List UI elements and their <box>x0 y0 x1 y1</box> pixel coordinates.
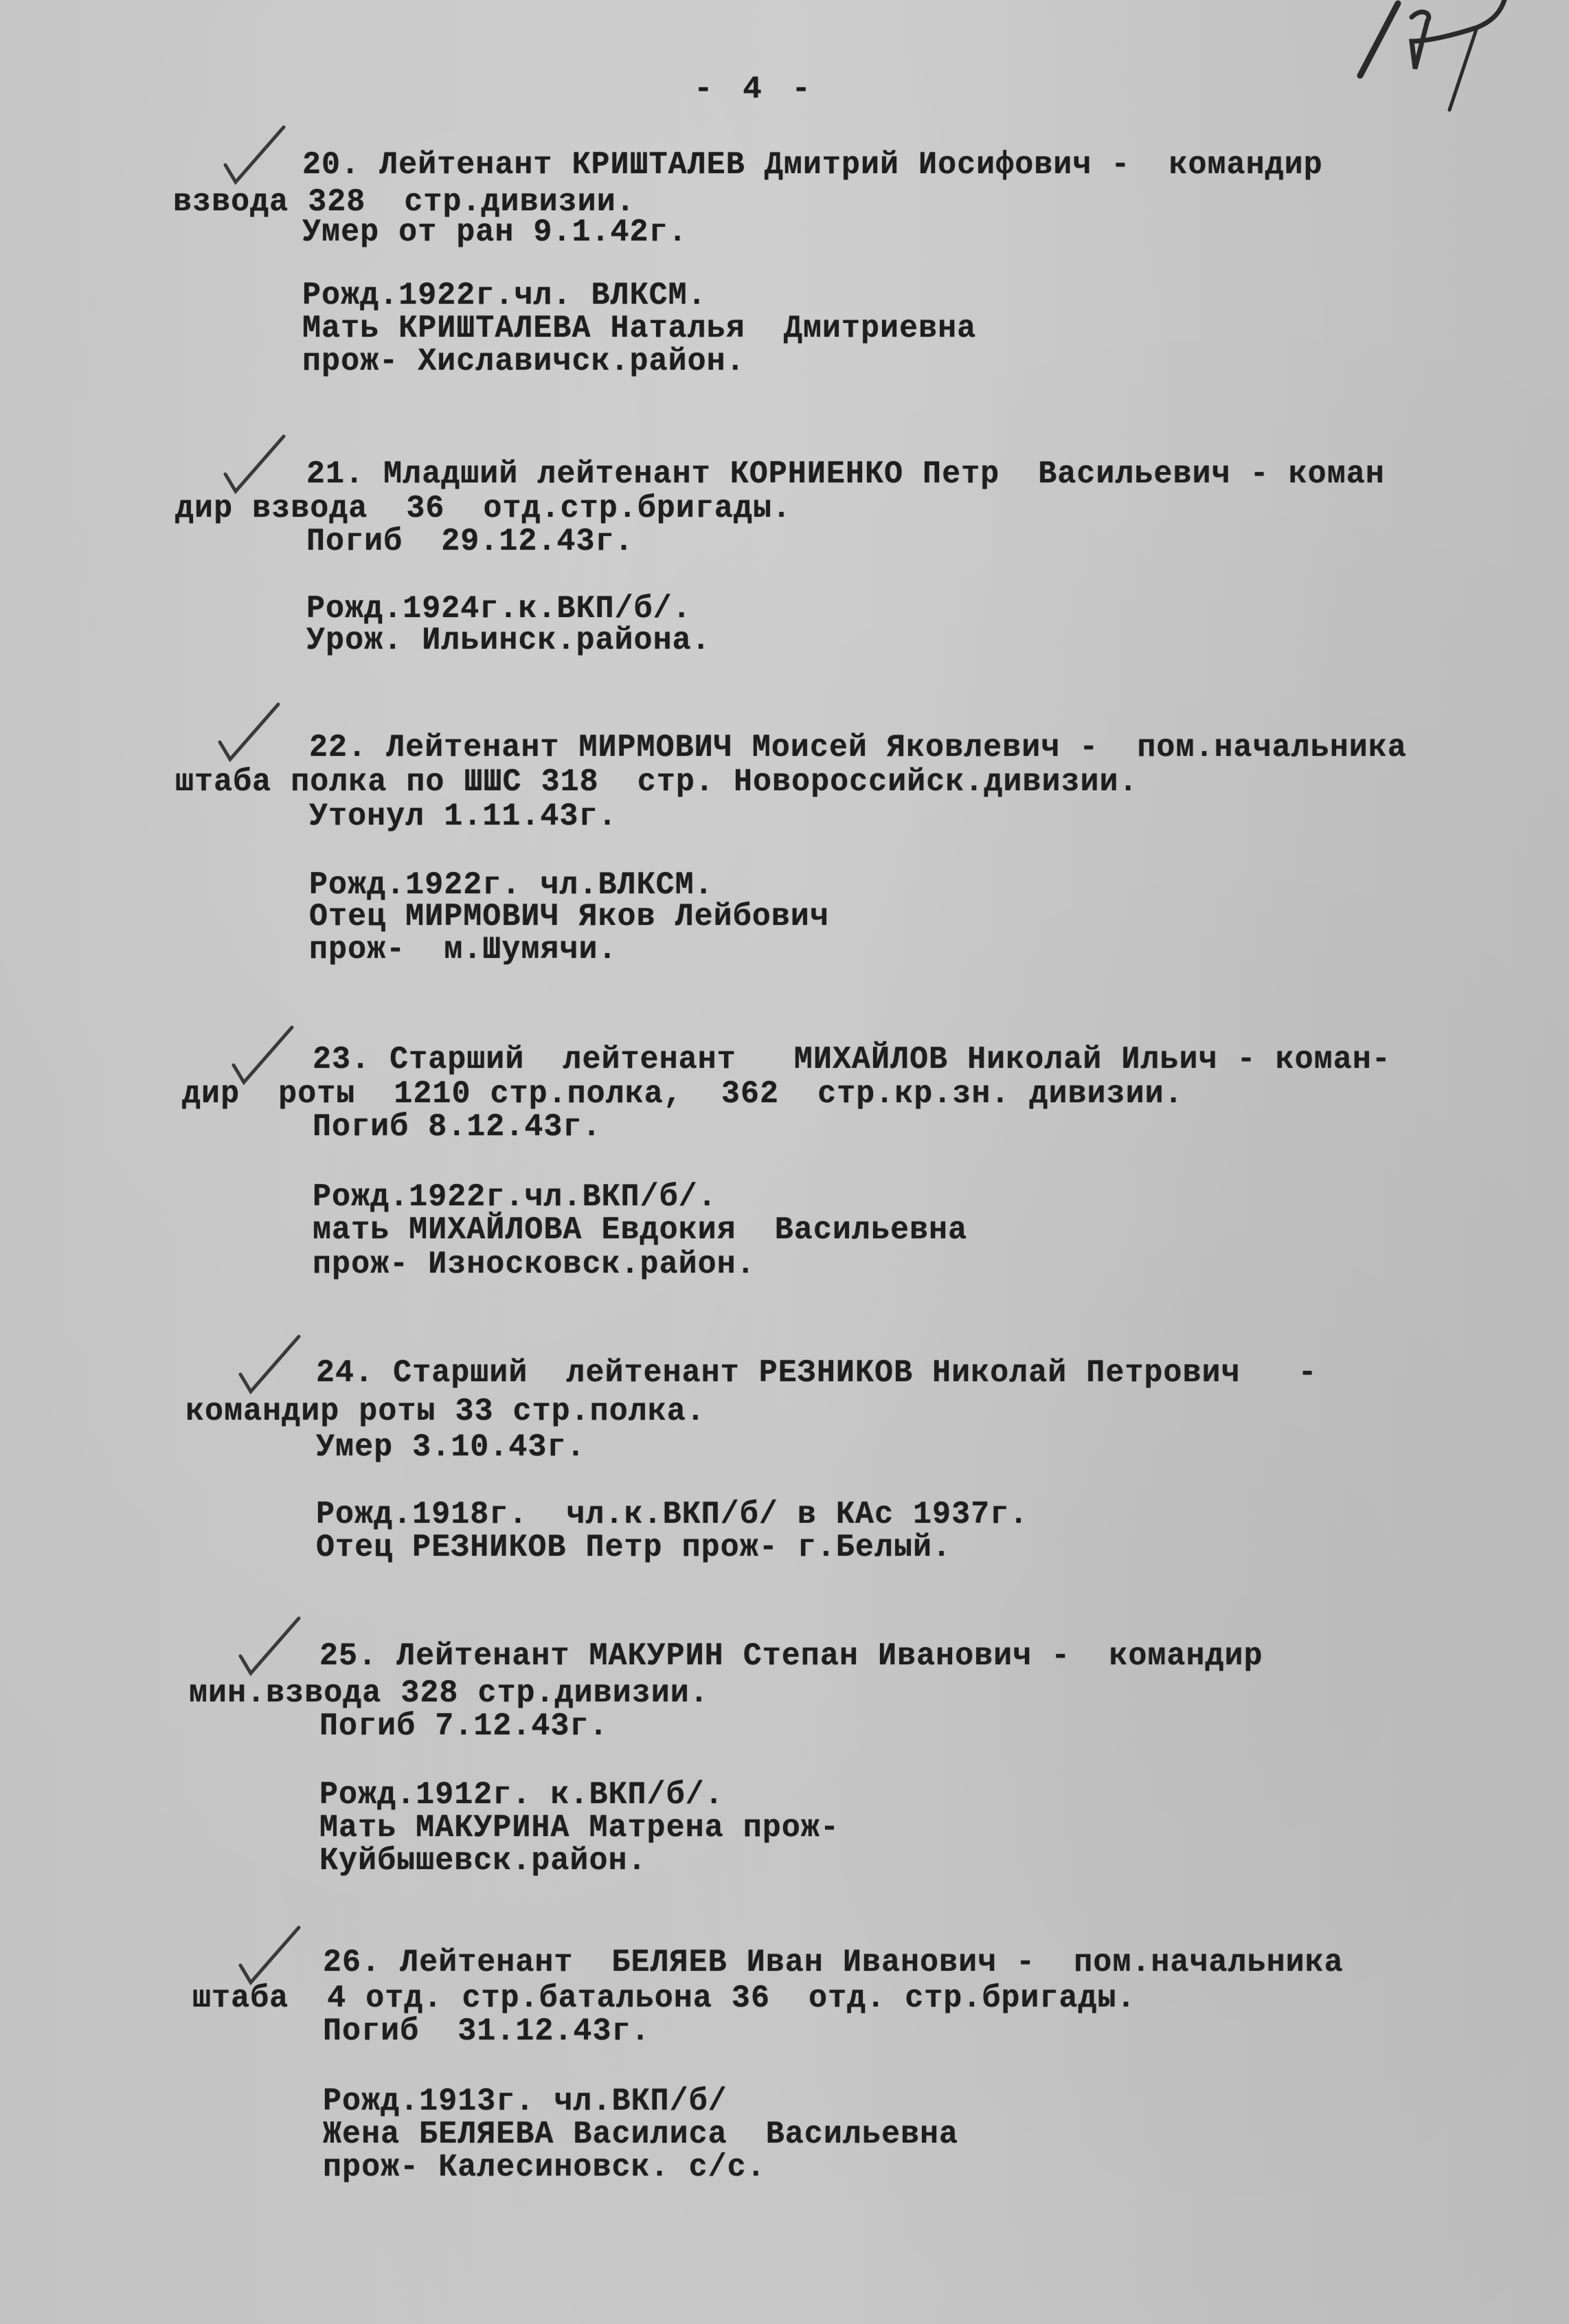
checkmark-icon <box>218 124 294 186</box>
entry-relative: мать МИХАЙЛОВА Евдокия Васильевна <box>313 1211 967 1249</box>
entry-residence: прож- м.Шумячи. <box>309 930 618 969</box>
entry-fate: Погиб 29.12.43г. <box>306 522 634 561</box>
entry-heading: 26. Лейтенант БЕЛЯЕВ Иван Иванович - пом… <box>323 1943 1344 1982</box>
checkmark-icon <box>234 1924 309 1986</box>
entry-fate: Умер от ран 9.1.42г. <box>302 213 688 252</box>
checkmark-icon <box>234 1333 309 1395</box>
handwritten-folio-number <box>1346 0 1525 117</box>
document-page: - 4 - 20. Лейтенант КРИШТАЛЕВ Дмитрий Ио… <box>0 0 1569 2324</box>
entry-heading: 24. Старший лейтенант РЕЗНИКОВ Николай П… <box>316 1354 1318 1392</box>
entry-residence: Урож. Ильинск.района. <box>306 621 711 660</box>
entry-fate: Погиб 7.12.43г. <box>319 1707 608 1745</box>
entry-residence: Куйбышевск.район. <box>319 1842 647 1880</box>
entry-residence: прож- Калесиновск. с/с. <box>323 2148 766 2187</box>
checkmark-icon <box>234 1615 309 1677</box>
entry-heading: 20. Лейтенант КРИШТАЛЕВ Дмитрий Иосифови… <box>302 146 1323 184</box>
entry-residence: прож- Хиславичск.район. <box>302 342 745 381</box>
entry-heading: 22. Лейтенант МИРМОВИЧ Моисей Яковлевич … <box>309 728 1407 767</box>
checkmark-icon <box>213 701 289 763</box>
checkmark-icon <box>218 433 294 495</box>
entry-heading: 23. Старший лейтенант МИХАЙЛОВ Николай И… <box>313 1040 1391 1079</box>
entry-relative: Отец РЕЗНИКОВ Петр прож- г.Белый. <box>316 1528 951 1567</box>
entry-heading: 21. Младший лейтенант КОРНИЕНКО Петр Вас… <box>306 455 1385 493</box>
entry-unit: штаба полка по ШШС 318 стр. Новороссийск… <box>175 763 1138 801</box>
page-number: - 4 - <box>694 71 816 107</box>
entry-fate: Умер 3.10.43г. <box>316 1428 585 1466</box>
entry-fate: Погиб 31.12.43г. <box>323 2012 651 2051</box>
entry-heading: 25. Лейтенант МАКУРИН Степан Иванович - … <box>319 1637 1263 1675</box>
entry-fate: Утонул 1.11.43г. <box>309 797 618 836</box>
entry-unit: командир роты 33 стр.полка. <box>185 1392 706 1431</box>
entry-fate: Погиб 8.12.43г. <box>313 1108 601 1146</box>
entry-residence: прож- Износковск.район. <box>313 1245 756 1284</box>
